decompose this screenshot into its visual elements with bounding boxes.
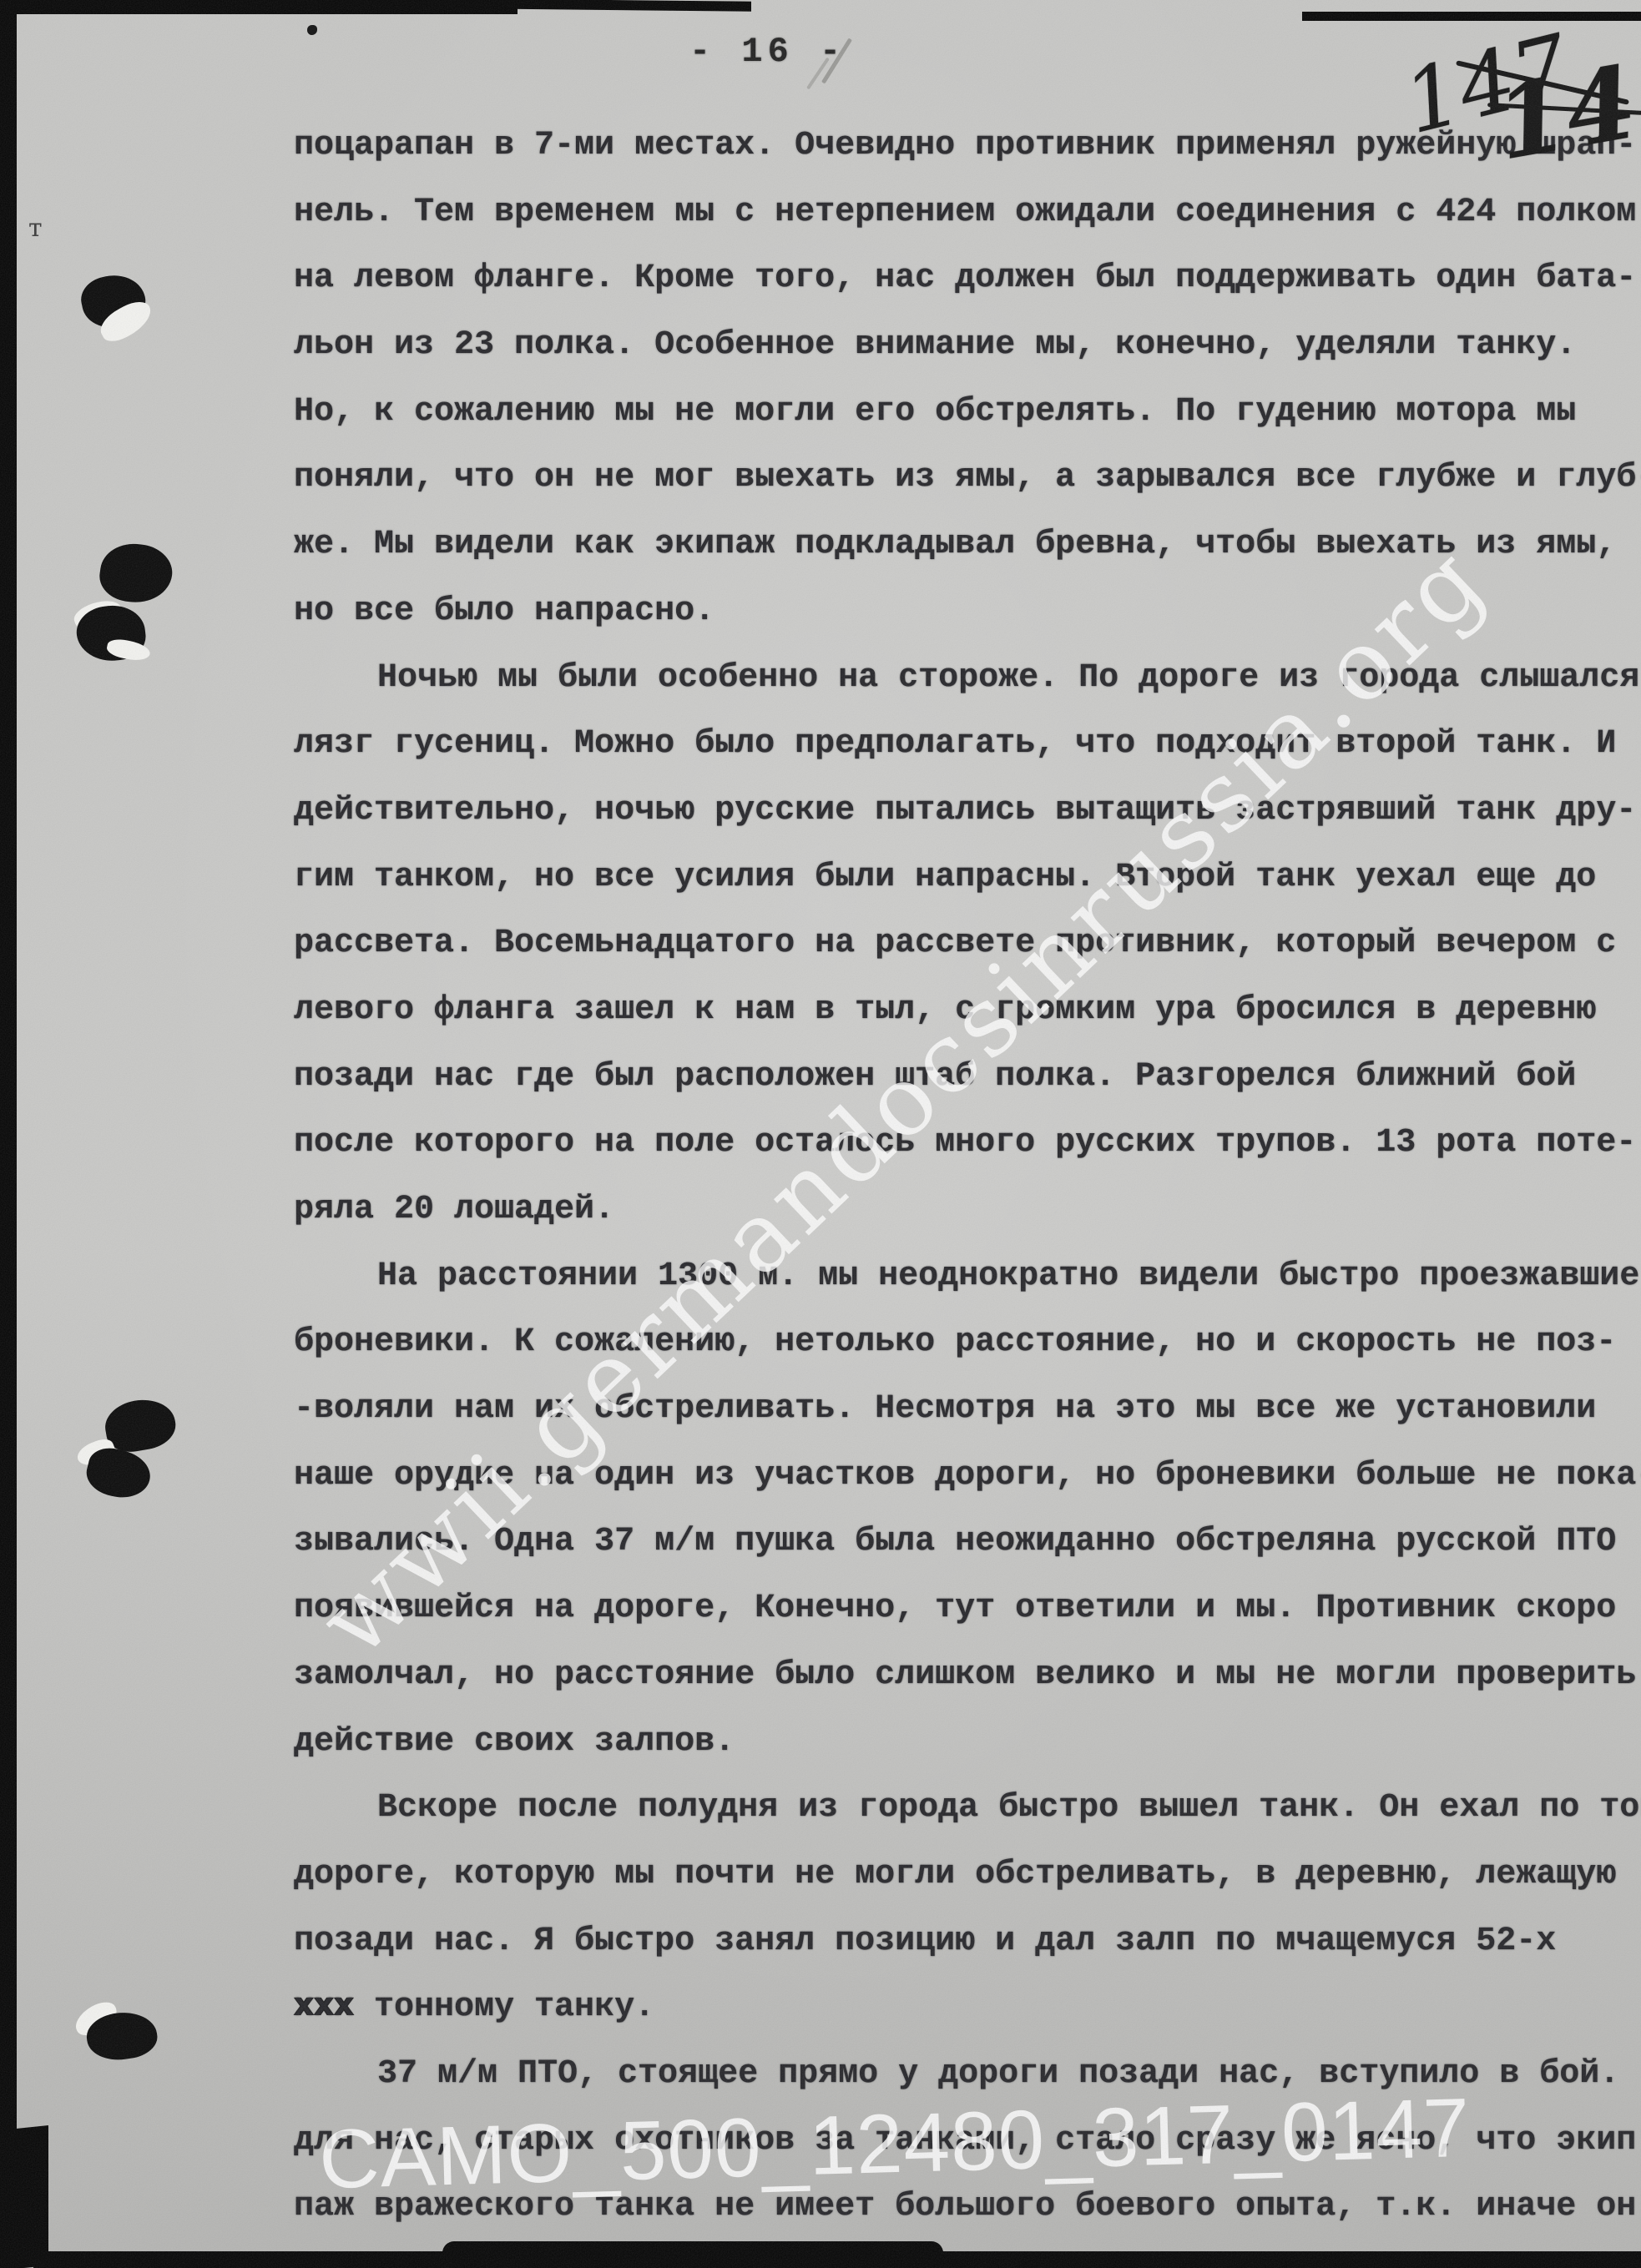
scan-edge-bottom — [50, 2256, 351, 2268]
text-line: зывались. Одна 37 м/м пушка была неожида… — [294, 1509, 1641, 1575]
text-line: Ночью мы были особенно на стороже. По до… — [294, 645, 1641, 712]
scan-edge-bottom — [442, 2241, 943, 2268]
text-line: -воляли нам их обстреливать. Несмотря на… — [294, 1376, 1641, 1443]
text-line: но все было напрасно. — [294, 578, 1641, 645]
text-line: льон из 23 полка. Особенное внимание мы,… — [294, 312, 1641, 379]
ink-dot — [307, 25, 317, 35]
scanned-document-page: поцарапан в 7-ми местах. Очевидно против… — [0, 0, 1641, 2268]
text-line: гим танком, но все усилия были напрасны.… — [294, 844, 1641, 911]
text-line: поняли, что он не мог выехать из ямы, а … — [294, 445, 1641, 512]
text-line: дороге, которую мы почти не могли обстре… — [294, 1842, 1641, 1908]
text-line: На расстоянии 1300 м. мы неоднократно ви… — [294, 1243, 1641, 1310]
text-line: ряла 20 лошадей. — [294, 1177, 1641, 1243]
text-line: Вскоре после полудня из города быстро вы… — [294, 1775, 1641, 1842]
text-line: ххх тонному танку. — [294, 1974, 1641, 2041]
document-text: поцарапан в 7-ми местах. Очевидно против… — [294, 113, 1641, 2240]
text-line: 37 м/м ПТО, стоящее прямо у дороги позад… — [294, 2041, 1641, 2108]
text-line: же. Мы видели как экипаж подкладывал бре… — [294, 512, 1641, 578]
scan-edge-left-bottom — [0, 2125, 48, 2268]
text-line: лязг гусениц. Можно было предполагать, ч… — [294, 711, 1641, 778]
text-line: для нас, старых охотников за танками, ст… — [294, 2108, 1641, 2175]
margin-tick-mark: т — [28, 214, 43, 243]
text-line: рассвета. Восемьнадцатого на рассвете пр… — [294, 910, 1641, 977]
text-line: на левом фланге. Кроме того, нас должен … — [294, 245, 1641, 312]
text-line: появившейся на дороге, Конечно, тут отве… — [294, 1575, 1641, 1642]
scan-edge-top — [0, 0, 518, 14]
text-line: замолчал, но расстояние было слишком вел… — [294, 1642, 1641, 1709]
text-line: броневики. К сожалению, нетолько расстоя… — [294, 1309, 1641, 1376]
text-line: позади нас где был расположен штаб полка… — [294, 1044, 1641, 1111]
overstruck-text: ххх — [294, 1988, 354, 2026]
text-line: нель. Тем временем мы с нетерпением ожид… — [294, 179, 1641, 246]
text-line: действительно, ночью русские пытались вы… — [294, 778, 1641, 844]
text-line: после которого на поле осталось много ру… — [294, 1110, 1641, 1177]
text-line: действие своих залпов. — [294, 1709, 1641, 1776]
text-line: Но, к сожалению мы не могли его обстреля… — [294, 379, 1641, 446]
text-line: наше орудие на один из участков дороги, … — [294, 1443, 1641, 1509]
text-line: паж вражеского танка не имеет большого б… — [294, 2174, 1641, 2240]
punch-hole — [97, 539, 176, 607]
scan-edge-top — [1302, 12, 1641, 21]
scan-edge-left — [0, 0, 17, 2268]
text-line: левого фланга зашел к нам в тыл, с громк… — [294, 977, 1641, 1044]
text-line: позади нас. Я быстро занял позицию и дал… — [294, 1908, 1641, 1975]
